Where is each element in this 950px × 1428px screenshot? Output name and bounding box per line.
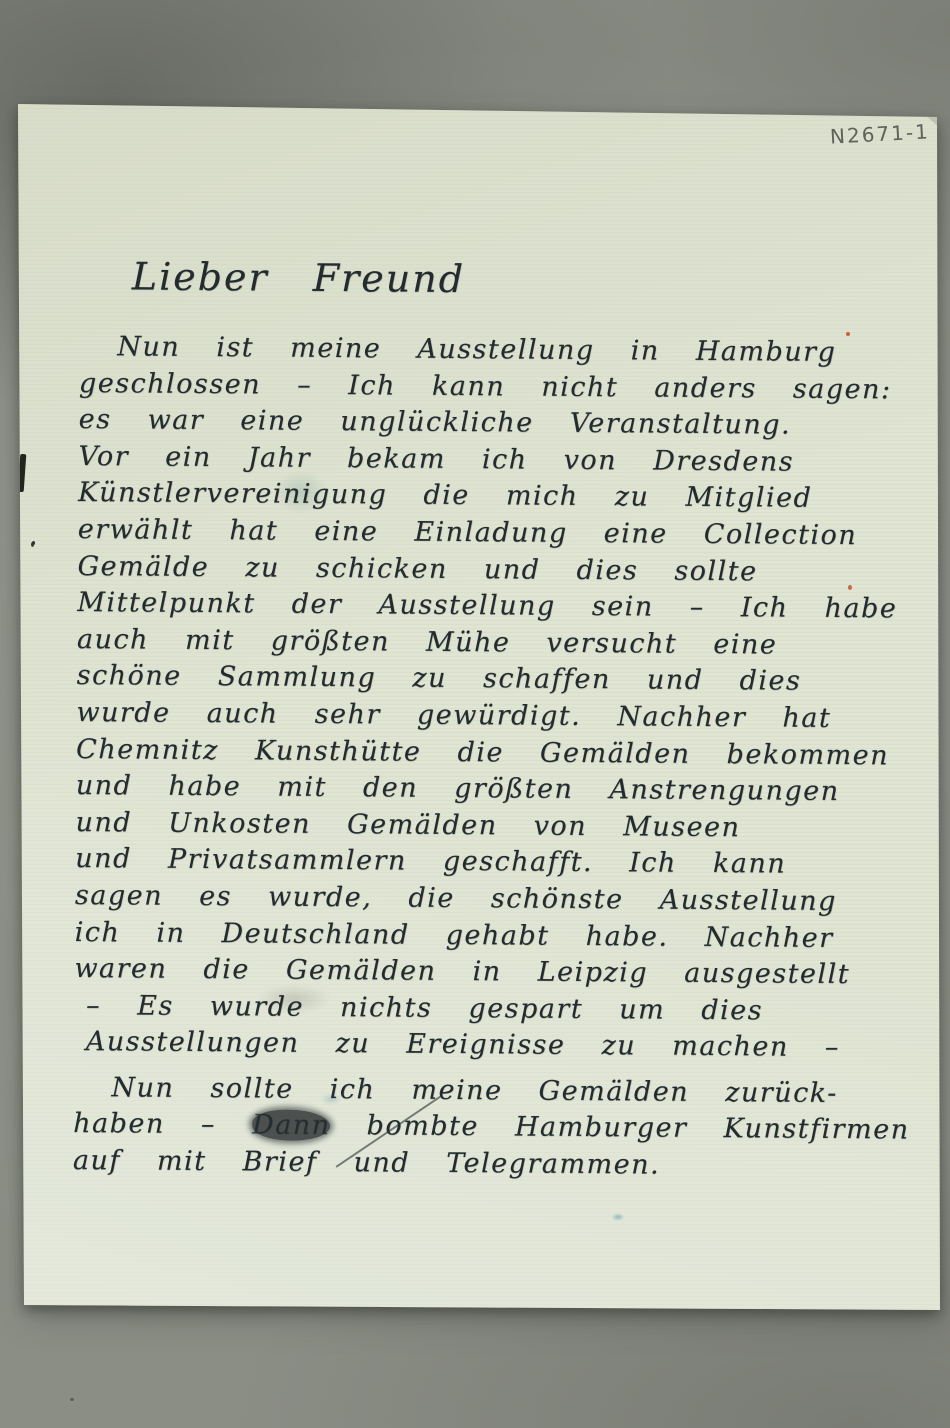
letter-line: – Es wurde nichts gespart um dies xyxy=(74,988,884,1031)
letter-line: auf mit Brief und Telegrammen. xyxy=(73,1143,883,1186)
letter-line: Mittelpunkt der Ausstellung sein – Ich h… xyxy=(77,585,887,628)
letter-line: Ausstellungen zu Ereignisse zu machen – xyxy=(74,1024,884,1067)
archival-number: N2671-1 xyxy=(829,119,930,148)
letter-line: wurde auch sehr gewürdigt. Nachher hat xyxy=(76,695,886,738)
paper-speck xyxy=(32,541,35,545)
letter-line: es war eine unglückliche Veranstaltung. xyxy=(79,402,889,445)
letter-line: Nun ist meine Ausstellung in Hamburg xyxy=(79,329,889,372)
letter-line: und habe mit den größten Anstrengungen xyxy=(76,768,886,811)
background-speck xyxy=(70,1398,74,1401)
struck-word: Dann xyxy=(252,1110,331,1142)
photo-background: N2671-1 Lieber Freund Nun ist meine Auss… xyxy=(0,0,950,1428)
letter-line: und Privatsammlern geschafft. Ich kann xyxy=(75,841,885,884)
salutation: Lieber Freund xyxy=(79,254,890,335)
letter-paper: N2671-1 Lieber Freund Nun ist meine Auss… xyxy=(18,104,942,1312)
ink-smudge xyxy=(610,1212,626,1222)
letter-line-fragment: haben – xyxy=(73,1108,216,1140)
letter-line: Chemnitz Kunsthütte die Gemälden bekomme… xyxy=(76,732,886,775)
letter-line: Vor ein Jahr bekam ich von Dresdens xyxy=(78,439,888,482)
letter-line: und Unkosten Gemälden von Museen xyxy=(75,805,885,848)
letter-line-fragment: bombte Hamburger Kunstfirmen xyxy=(366,1111,909,1146)
letter-line: geschlossen – Ich kann nicht anders sage… xyxy=(79,366,889,409)
letter-line: erwählt hat eine Einladung eine Collecti… xyxy=(78,512,888,555)
letter-line-with-strikeout: haben – Dann bombte Hamburger Kunstfirme… xyxy=(73,1106,883,1149)
letter-line: ich in Deutschland gehabt habe. Nachher xyxy=(75,914,885,957)
letter-body: Lieber Freund Nun ist meine Ausstellung … xyxy=(73,254,890,1186)
letter-line: Nun sollte ich meine Gemälden zurück- xyxy=(73,1070,883,1113)
letter-line: Künstlervereinigung die mich zu Mitglied xyxy=(78,475,888,518)
letter-line: waren die Gemälden in Leipzig ausgestell… xyxy=(74,951,884,994)
letter-line: schöne Sammlung zu schaffen und dies xyxy=(77,658,887,701)
staple-mark xyxy=(18,454,27,492)
paper-sheet: N2671-1 Lieber Freund Nun ist meine Auss… xyxy=(18,104,942,1312)
letter-line: sagen es wurde, die schönste Ausstellung xyxy=(75,878,885,921)
letter-line: Gemälde zu schicken und dies sollte xyxy=(77,549,887,592)
letter-line: auch mit größten Mühe versucht eine xyxy=(77,622,887,665)
